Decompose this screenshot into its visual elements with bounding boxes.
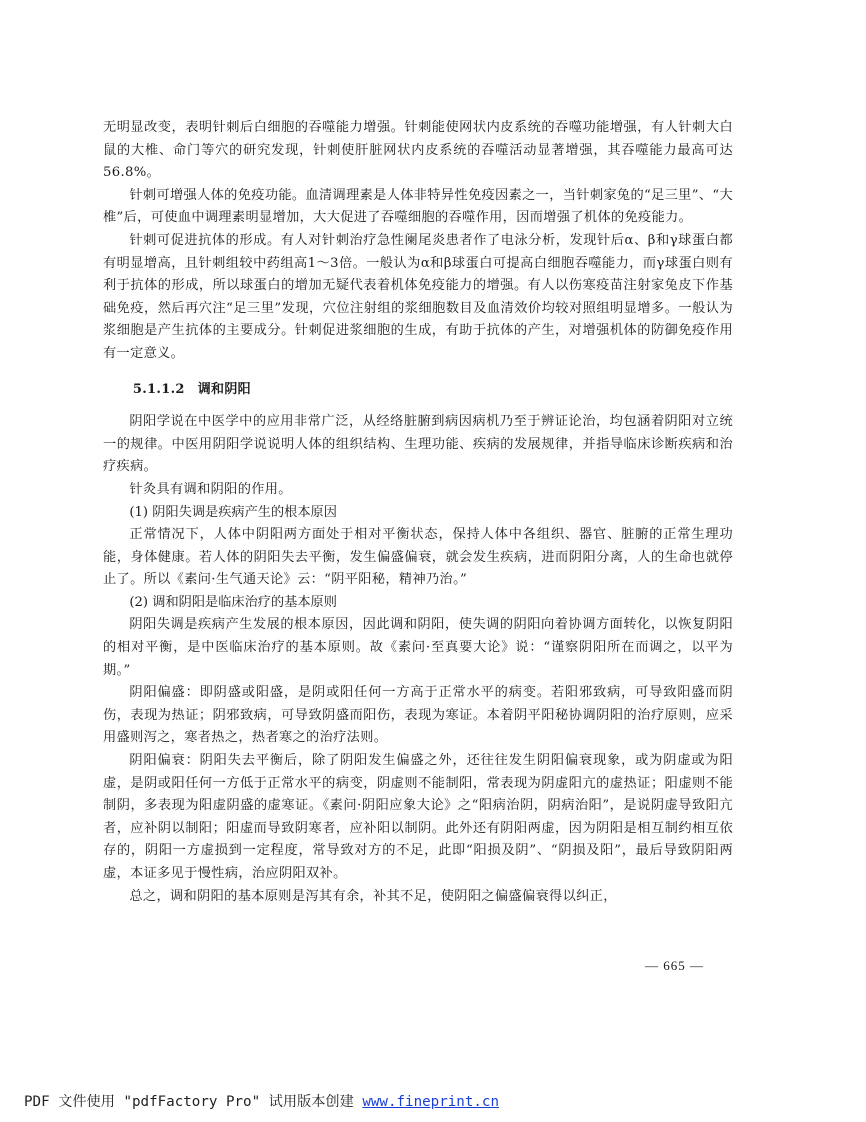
paragraph-continuation: 无明显改变，表明针刺后白细胞的吞噬能力增强。针刺能使网状内皮系统的吞噬功能增强，…: [103, 117, 733, 185]
paragraph-imbalance-cause: 正常情况下，人体中阴阳两方面处于相对平衡状态，保持人体中各组织、器官、脏腑的正常…: [103, 524, 733, 592]
paragraph-immune-function: 针刺可增强人体的免疫功能。血清调理素是人体非特异性免疫因素之一，当针刺家兔的“足…: [103, 185, 733, 230]
paragraph-yinyang-intro: 阴阳学说在中医学中的应用非常广泛，从经络脏腑到病因病机乃至于辨证论治，均包涵着阴…: [103, 411, 733, 479]
paragraph-treatment-principle: 阴阳失调是疾病产生发展的根本原因，因此调和阴阳，使失调的阴阳向着协调方面转化，以…: [103, 614, 733, 682]
paragraph-excess: 阴阳偏盛：即阴盛或阳盛，是阴或阳任何一方高于正常水平的病变。若阳邪致病，可导致阳…: [103, 682, 733, 750]
watermark-text: PDF 文件使用 "pdfFactory Pro" 试用版本创建: [24, 1094, 362, 1110]
pdf-watermark-footer: PDF 文件使用 "pdfFactory Pro" 试用版本创建 www.fin…: [24, 1091, 499, 1111]
fineprint-link[interactable]: www.fineprint.cn: [362, 1094, 499, 1110]
subsection-1-title: (1) 阴阳失调是疾病产生的根本原因: [103, 502, 733, 525]
section-number: 5.1.1.2: [133, 382, 185, 397]
paragraph-acupuncture-harmonize: 针灸具有调和阴阳的作用。: [103, 479, 733, 502]
page-number: — 665 —: [645, 958, 704, 974]
subsection-2-title: (2) 调和阴阳是临床治疗的基本原则: [103, 592, 733, 615]
section-heading: 5.1.1.2调和阴阳: [103, 379, 733, 402]
document-page: 无明显改变，表明针刺后白细胞的吞噬能力增强。针刺能使网状内皮系统的吞噬功能增强，…: [103, 117, 733, 908]
paragraph-antibody-formation: 针刺可促进抗体的形成。有人对针刺治疗急性阑尾炎患者作了电泳分析，发现针后α、β和…: [103, 230, 733, 366]
paragraph-summary: 总之，调和阴阳的基本原则是泻其有余，补其不足，使阴阳之偏盛偏衰得以纠正，: [103, 886, 733, 909]
section-title: 调和阴阳: [198, 382, 251, 397]
paragraph-deficiency: 阴阳偏衰：阴阳失去平衡后，除了阴阳发生偏盛之外，还往往发生阴阳偏衰现象，或为阴虚…: [103, 750, 733, 886]
